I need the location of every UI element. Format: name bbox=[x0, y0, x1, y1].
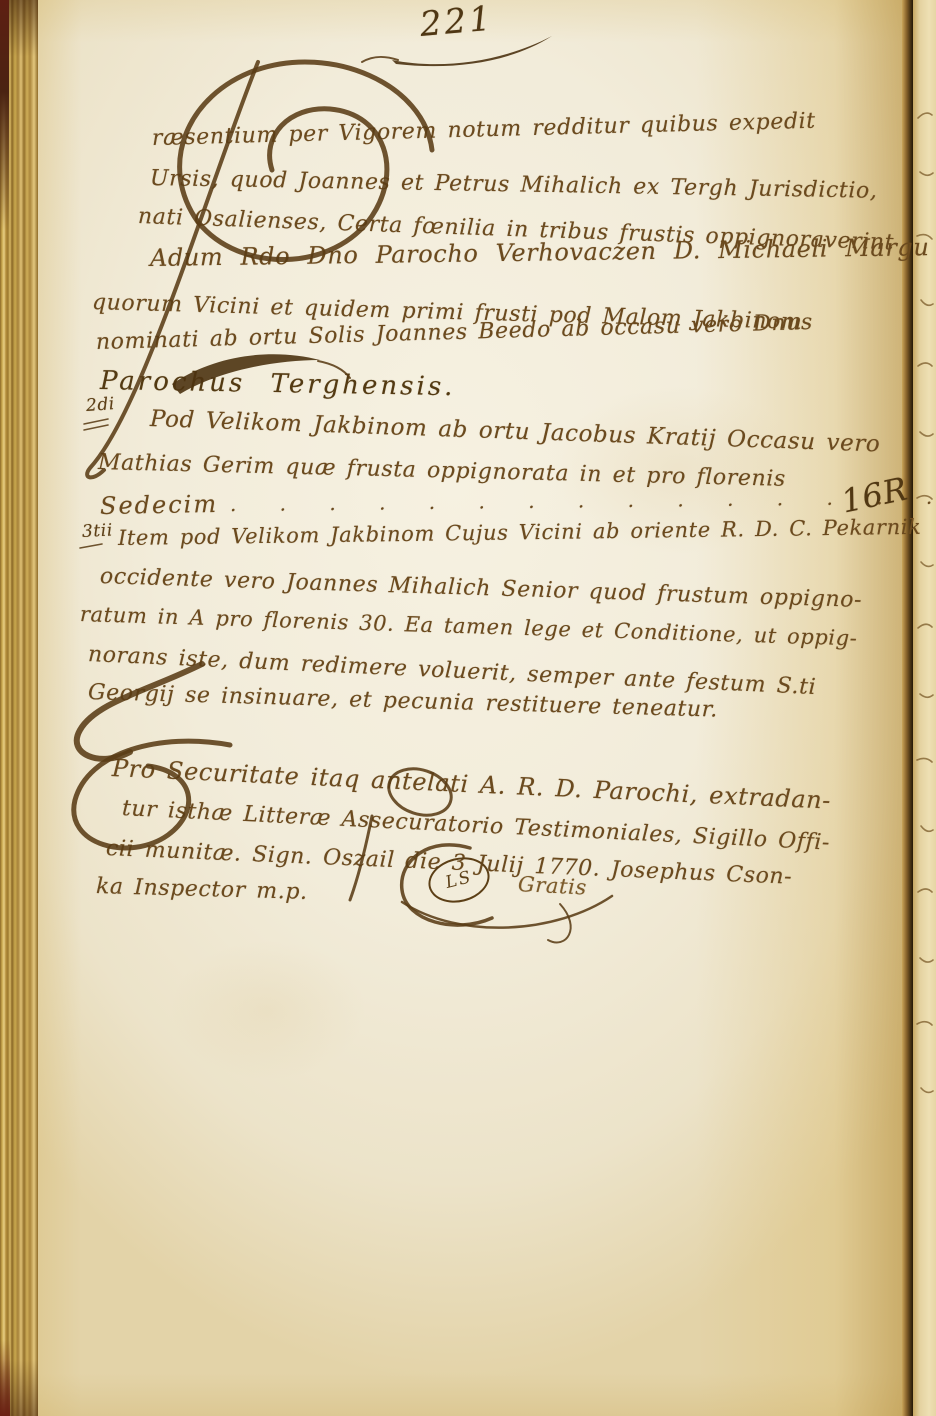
ms-line-19: ka Inspector m.p. bbox=[96, 876, 308, 904]
section-marker-2: 2di bbox=[85, 396, 115, 415]
book-cover-edge-top bbox=[0, 0, 9, 230]
book-gutter-shadow bbox=[902, 0, 913, 1416]
facing-page-sliver bbox=[913, 0, 936, 1416]
ms-line-7: Parochus Terghensis. bbox=[100, 368, 456, 400]
manuscript-photo: 221 ræsentium per Vigorem notum redditur… bbox=[0, 0, 936, 1416]
page-number: 221 bbox=[419, 2, 496, 42]
gratis-note: Gratis bbox=[517, 874, 587, 899]
section-marker-3: 3tii bbox=[82, 522, 114, 541]
book-cover-edge-bottom bbox=[0, 1340, 10, 1416]
ms-line-10: Sedecim bbox=[100, 492, 218, 518]
